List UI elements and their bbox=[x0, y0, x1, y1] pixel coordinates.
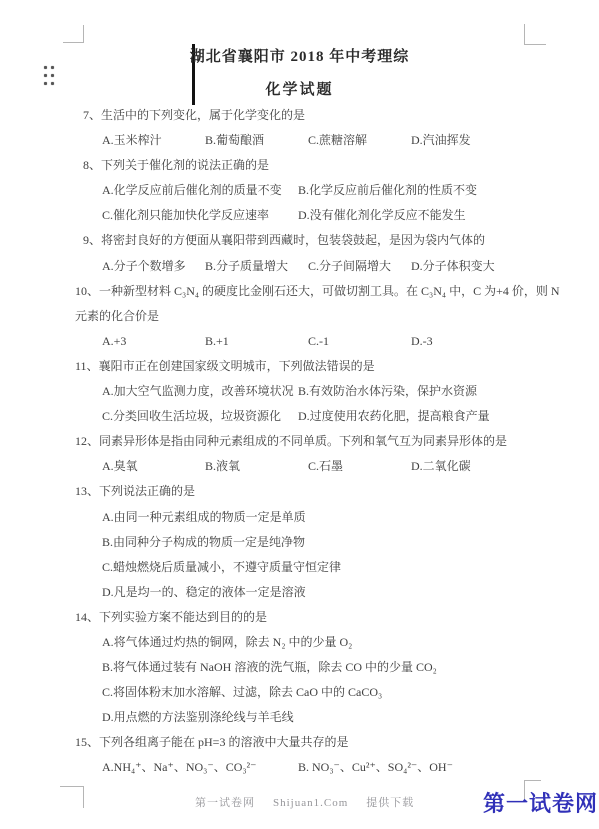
option-b: B.液氧 bbox=[205, 454, 308, 479]
option-row: C.蜡烛燃烧后质量减小，不遵守质量守恒定律 bbox=[75, 555, 553, 580]
footer-credit: 第一试卷网Shijuan1.Com提供下载 bbox=[195, 794, 432, 810]
option-a: A.分子个数增多 bbox=[102, 254, 205, 279]
title-line-1: 湖北省襄阳市 2018 年中考理综 bbox=[0, 47, 599, 67]
option-c: C.分类回收生活垃圾，垃圾资源化 bbox=[102, 404, 298, 429]
option-a: A.+3 bbox=[102, 329, 205, 354]
option-a: A.NH₄⁺、Na⁺、NO₃⁻、CO₃²⁻ bbox=[102, 755, 298, 780]
question-number: 10、 bbox=[75, 279, 99, 304]
question-stem-text: 襄阳市正在创建国家级文明城市，下列做法错误的是 bbox=[99, 359, 375, 373]
option-row: A.+3B.+1C.-1D.-3 bbox=[75, 329, 553, 354]
question-stem: 8、下列关于催化剂的说法正确的是 bbox=[75, 153, 553, 178]
question-stem-text: 一种新型材料 C₃N₄ 的硬度比金刚石还大，可做切割工具。在 C₃N₄ 中，C … bbox=[99, 284, 560, 298]
option-c: C.催化剂只能加快化学反应速率 bbox=[102, 203, 298, 228]
option-row: A.NH₄⁺、Na⁺、NO₃⁻、CO₃²⁻B. NO₃⁻、Cu²⁺、SO₄²⁻、… bbox=[75, 755, 553, 780]
option-a: A.由同一种元素组成的物质一定是单质 bbox=[102, 505, 306, 530]
footer-note: 提供下载 bbox=[366, 797, 414, 809]
question-stem-text: 下列关于催化剂的说法正确的是 bbox=[101, 158, 269, 172]
option-row: A.将气体通过灼热的铜网，除去 N₂ 中的少量 O₂ bbox=[75, 630, 553, 655]
option-b: B.化学反应前后催化剂的性质不变 bbox=[298, 178, 494, 203]
footer-domain: Shijuan1.Com bbox=[273, 797, 348, 809]
option-d: D.分子体积变大 bbox=[411, 254, 514, 279]
option-d: D.没有催化剂化学反应不能发生 bbox=[298, 203, 494, 228]
crop-mark-bottom-left-icon bbox=[60, 786, 84, 808]
option-c: C.-1 bbox=[308, 329, 411, 354]
option-row: B.由同种分子构成的物质一定是纯净物 bbox=[75, 530, 553, 555]
question-11: 11、襄阳市正在创建国家级文明城市，下列做法错误的是A.加大空气监测力度，改善环… bbox=[75, 354, 553, 429]
question-number: 13、 bbox=[75, 479, 99, 504]
document-title: 湖北省襄阳市 2018 年中考理综 化学试题 bbox=[0, 47, 599, 100]
option-row: D.用点燃的方法鉴别涤纶线与羊毛线 bbox=[75, 705, 553, 730]
question-15: 15、下列各组离子能在 pH=3 的溶液中大量共存的是A.NH₄⁺、Na⁺、NO… bbox=[75, 730, 553, 780]
question-stem: 13、下列说法正确的是 bbox=[75, 479, 553, 504]
option-d: D.汽油挥发 bbox=[411, 128, 514, 153]
option-row: B.将气体通过装有 NaOH 溶液的洗气瓶，除去 CO 中的少量 CO₂ bbox=[75, 655, 553, 680]
option-a: A.玉米榨汁 bbox=[102, 128, 205, 153]
question-number: 12、 bbox=[75, 429, 99, 454]
question-stem-text: 下列说法正确的是 bbox=[99, 484, 195, 498]
option-d: D.凡是均一的、稳定的液体一定是溶液 bbox=[102, 580, 306, 605]
question-stem: 7、生活中的下列变化，属于化学变化的是 bbox=[75, 103, 553, 128]
option-b: B.+1 bbox=[205, 329, 308, 354]
document-page: 湖北省襄阳市 2018 年中考理综 化学试题 7、生活中的下列变化，属于化学变化… bbox=[0, 0, 599, 829]
question-stem: 11、襄阳市正在创建国家级文明城市，下列做法错误的是 bbox=[75, 354, 553, 379]
option-row: C.分类回收生活垃圾，垃圾资源化D.过度使用农药化肥，提高粮食产量 bbox=[75, 404, 553, 429]
question-number: 11、 bbox=[75, 354, 99, 379]
question-7: 7、生活中的下列变化，属于化学变化的是A.玉米榨汁B.葡萄酿酒C.蔗糖溶解D.汽… bbox=[75, 103, 553, 153]
option-c: C.分子间隔增大 bbox=[308, 254, 411, 279]
option-row: A.加大空气监测力度，改善环境状况B.有效防治水体污染，保护水资源 bbox=[75, 379, 553, 404]
option-row: A.臭氧B.液氧C.石墨D.二氧化碳 bbox=[75, 454, 553, 479]
question-14: 14、下列实验方案不能达到目的的是A.将气体通过灼热的铜网，除去 N₂ 中的少量… bbox=[75, 605, 553, 730]
option-d: D.过度使用农药化肥，提高粮食产量 bbox=[298, 404, 494, 429]
option-b: B.葡萄酿酒 bbox=[205, 128, 308, 153]
question-stem: 元素的化合价是 bbox=[75, 304, 553, 329]
question-9: 9、将密封良好的方便面从襄阳带到西藏时，包装袋鼓起，是因为袋内气体的A.分子个数… bbox=[75, 228, 553, 278]
option-row: D.凡是均一的、稳定的液体一定是溶液 bbox=[75, 580, 553, 605]
question-stem-text: 同素异形体是指由同种元素组成的不同单质。下列和氧气互为同素异形体的是 bbox=[99, 434, 507, 448]
crop-mark-top-right-icon bbox=[524, 24, 546, 45]
question-stem: 14、下列实验方案不能达到目的的是 bbox=[75, 605, 553, 630]
option-a: A.化学反应前后催化剂的质量不变 bbox=[102, 178, 298, 203]
option-c: C.石墨 bbox=[308, 454, 411, 479]
option-row: A.玉米榨汁B.葡萄酿酒C.蔗糖溶解D.汽油挥发 bbox=[75, 128, 553, 153]
option-b: B.将气体通过装有 NaOH 溶液的洗气瓶，除去 CO 中的少量 CO₂ bbox=[102, 655, 437, 680]
question-number: 9、 bbox=[83, 228, 101, 253]
question-stem-text: 元素的化合价是 bbox=[75, 309, 159, 323]
questions-list: 7、生活中的下列变化，属于化学变化的是A.玉米榨汁B.葡萄酿酒C.蔗糖溶解D.汽… bbox=[75, 103, 553, 781]
option-d: D.用点燃的方法鉴别涤纶线与羊毛线 bbox=[102, 705, 294, 730]
title-line-2: 化学试题 bbox=[0, 80, 599, 100]
option-c: C.将固体粉末加水溶解、过滤，除去 CaO 中的 CaCO₃ bbox=[102, 680, 382, 705]
option-row: A.化学反应前后催化剂的质量不变B.化学反应前后催化剂的性质不变 bbox=[75, 178, 553, 203]
question-stem-text: 下列各组离子能在 pH=3 的溶液中大量共存的是 bbox=[99, 735, 348, 749]
question-13: 13、下列说法正确的是A.由同一种元素组成的物质一定是单质B.由同种分子构成的物… bbox=[75, 479, 553, 604]
option-a: A.臭氧 bbox=[102, 454, 205, 479]
question-stem-text: 生活中的下列变化，属于化学变化的是 bbox=[101, 108, 305, 122]
option-a: A.将气体通过灼热的铜网，除去 N₂ 中的少量 O₂ bbox=[102, 630, 352, 655]
footer-site-name: 第一试卷网 bbox=[195, 797, 255, 809]
question-number: 8、 bbox=[83, 153, 101, 178]
question-number: 14、 bbox=[75, 605, 99, 630]
option-b: B.由同种分子构成的物质一定是纯净物 bbox=[102, 530, 305, 555]
option-b: B.有效防治水体污染，保护水资源 bbox=[298, 379, 494, 404]
crop-mark-top-left-icon bbox=[63, 25, 84, 43]
option-row: A.分子个数增多B.分子质量增大C.分子间隔增大D.分子体积变大 bbox=[75, 254, 553, 279]
option-d: D.-3 bbox=[411, 329, 514, 354]
question-10: 10、一种新型材料 C₃N₄ 的硬度比金刚石还大，可做切割工具。在 C₃N₄ 中… bbox=[75, 279, 553, 354]
question-stem-text: 将密封良好的方便面从襄阳带到西藏时，包装袋鼓起，是因为袋内气体的 bbox=[101, 233, 485, 247]
question-stem: 15、下列各组离子能在 pH=3 的溶液中大量共存的是 bbox=[75, 730, 553, 755]
question-8: 8、下列关于催化剂的说法正确的是A.化学反应前后催化剂的质量不变B.化学反应前后… bbox=[75, 153, 553, 228]
site-logo: 第一试卷网 bbox=[483, 787, 598, 818]
question-number: 7、 bbox=[83, 103, 101, 128]
question-stem: 12、同素异形体是指由同种元素组成的不同单质。下列和氧气互为同素异形体的是 bbox=[75, 429, 553, 454]
option-c: C.蔗糖溶解 bbox=[308, 128, 411, 153]
question-stem: 10、一种新型材料 C₃N₄ 的硬度比金刚石还大，可做切割工具。在 C₃N₄ 中… bbox=[75, 279, 553, 304]
option-d: D.二氧化碳 bbox=[411, 454, 514, 479]
question-number: 15、 bbox=[75, 730, 99, 755]
option-row: A.由同一种元素组成的物质一定是单质 bbox=[75, 505, 553, 530]
option-row: C.催化剂只能加快化学反应速率D.没有催化剂化学反应不能发生 bbox=[75, 203, 553, 228]
option-b: B. NO₃⁻、Cu²⁺、SO₄²⁻、OH⁻ bbox=[298, 755, 494, 780]
option-c: C.蜡烛燃烧后质量减小，不遵守质量守恒定律 bbox=[102, 555, 341, 580]
option-a: A.加大空气监测力度，改善环境状况 bbox=[102, 379, 298, 404]
option-row: C.将固体粉末加水溶解、过滤，除去 CaO 中的 CaCO₃ bbox=[75, 680, 553, 705]
question-12: 12、同素异形体是指由同种元素组成的不同单质。下列和氧气互为同素异形体的是A.臭… bbox=[75, 429, 553, 479]
option-b: B.分子质量增大 bbox=[205, 254, 308, 279]
question-stem: 9、将密封良好的方便面从襄阳带到西藏时，包装袋鼓起，是因为袋内气体的 bbox=[75, 228, 553, 253]
question-stem-text: 下列实验方案不能达到目的的是 bbox=[99, 610, 267, 624]
